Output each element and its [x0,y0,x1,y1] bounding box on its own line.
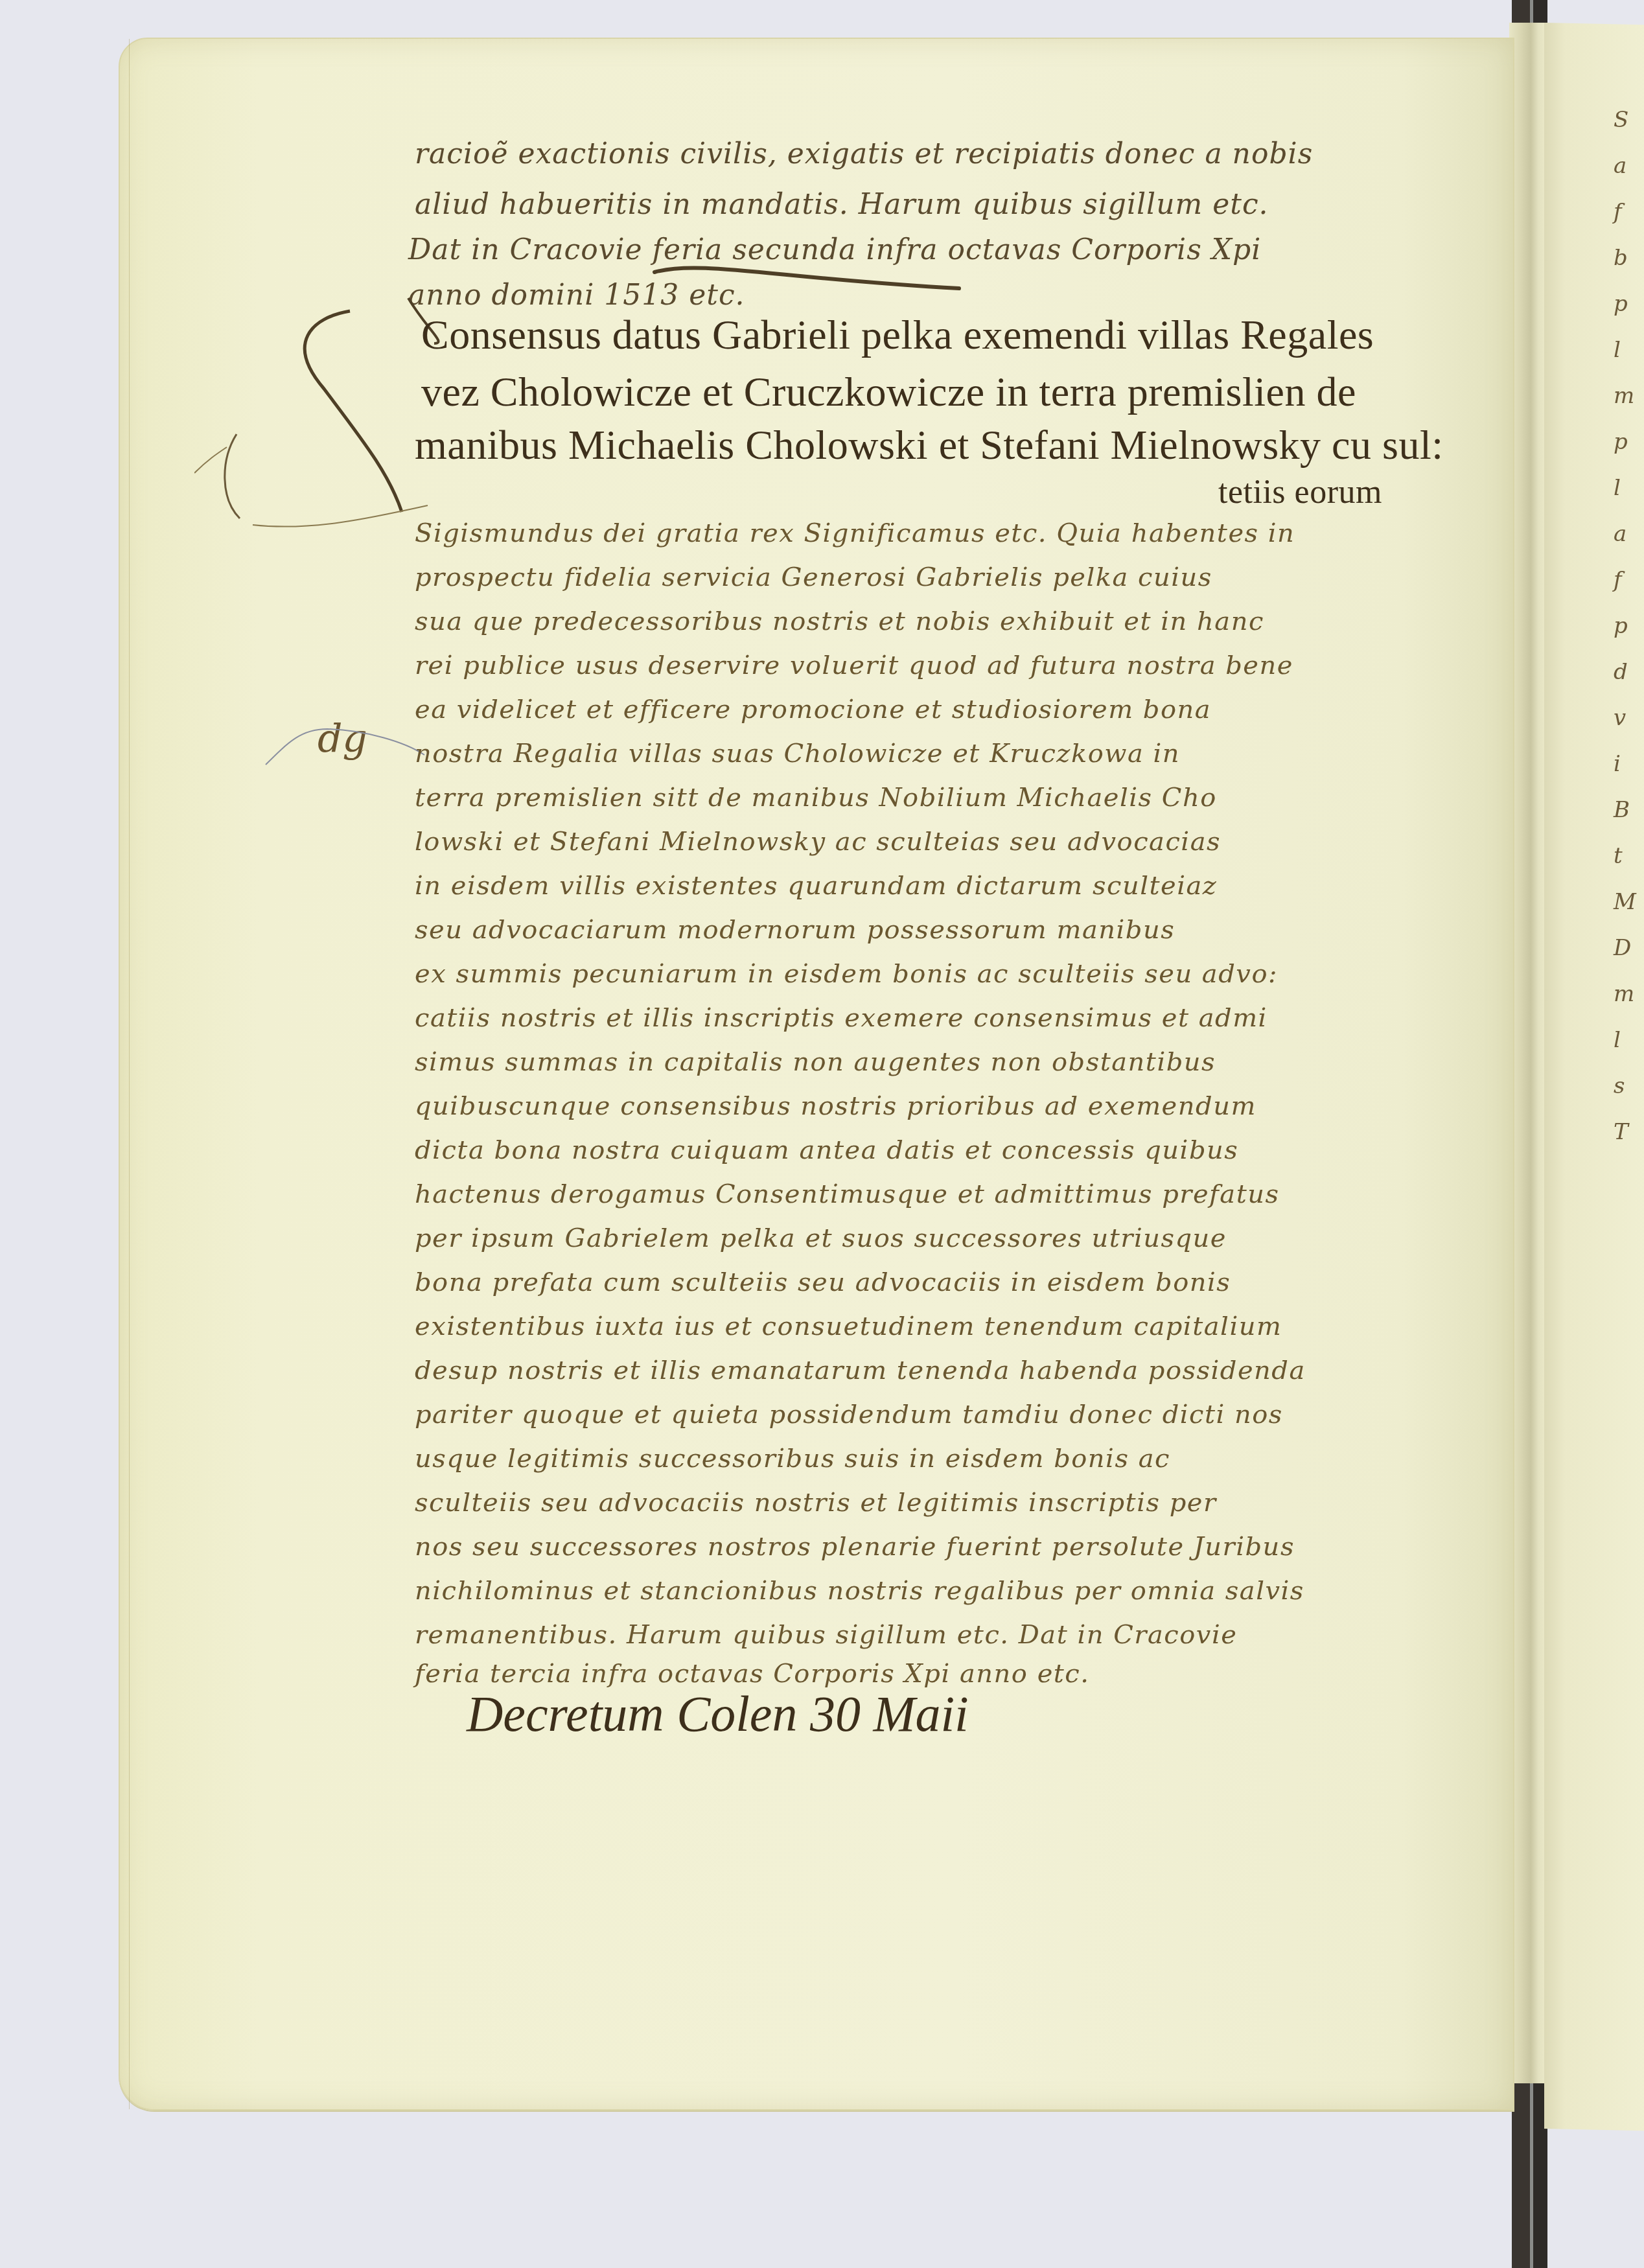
book-binding-gutter [1512,0,1544,2268]
decretum-note: Decretum Colen 30 Maii [467,1685,969,1743]
body-line: Sigismundus dei gratia rex Significamus … [415,518,1295,548]
margin-pencil-line [262,723,431,768]
heading-line: tetiis eorum [1218,473,1382,511]
body-line: ea videlicet et efficere promocione et s… [415,695,1211,724]
heading-line: manibus Michaelis Cholowski et Stefani M… [415,421,1443,469]
decorative-initial-s [194,292,441,667]
body-line: nostra Regalia villas suas Cholowicze et… [415,739,1180,769]
body-line: existentibus iuxta ius et consuetudinem … [415,1312,1282,1341]
body-line: per ipsum Gabrielem pelka et suos succes… [415,1223,1227,1253]
body-line: catiis nostris et illis inscriptis exeme… [415,1003,1268,1033]
body-line: lowski et Stefani Mielnowsky ac sculteia… [415,827,1221,857]
heading-line: Consensus datus Gabrieli pelka exemendi … [421,311,1374,359]
body-line: quibuscunque consensibus nostris priorib… [415,1091,1256,1121]
body-line: terra premislien sitt de manibus Nobiliu… [415,783,1217,813]
body-line: nos seu successores nostros plenarie fue… [415,1532,1295,1562]
body-line: desup nostris et illis emanatarum tenend… [415,1356,1306,1385]
body-line: prospectu fidelia servicia Generosi Gabr… [415,562,1212,592]
body-line: pariter quoque et quieta possidendum tam… [415,1400,1283,1429]
body-line: rei publice usus deservire voluerit quod… [415,651,1293,680]
body-line: ex summis pecuniarum in eisdem bonis ac … [415,959,1278,989]
facing-page-text-fragment: SafbplmplafpdviBtMDmlsT [1614,97,1644,1155]
body-line: sua que predecessoribus nostris et nobis… [415,607,1264,636]
body-line: simus summas in capitalis non augentes n… [415,1047,1216,1077]
body-line: nichilominus et stancionibus nostris reg… [415,1576,1304,1606]
body-line: in eisdem villis existentes quarundam di… [415,871,1217,901]
body-line: usque legitimis successoribus suis in ei… [415,1444,1170,1474]
body-line: remanentibus. Harum quibus sigillum etc.… [415,1620,1237,1650]
body-line: seu advocaciarum modernorum possessorum … [415,915,1175,945]
text-line: aliud habueritis in mandatis. Harum quib… [415,188,1269,221]
line-flourish [648,259,985,298]
text-line: racioẽ exactionis civilis, exigatis et r… [415,137,1313,170]
heading-line: vez Cholowicze et Cruczkowicze in terra … [421,368,1356,416]
body-line: bona prefata cum sculteiis seu advocacii… [415,1267,1231,1297]
body-line: sculteiis seu advocaciis nostris et legi… [415,1488,1217,1518]
body-line: dicta bona nostra cuiquam antea datis et… [415,1135,1238,1165]
body-line: hactenus derogamus Consentimusque et adm… [415,1179,1280,1209]
